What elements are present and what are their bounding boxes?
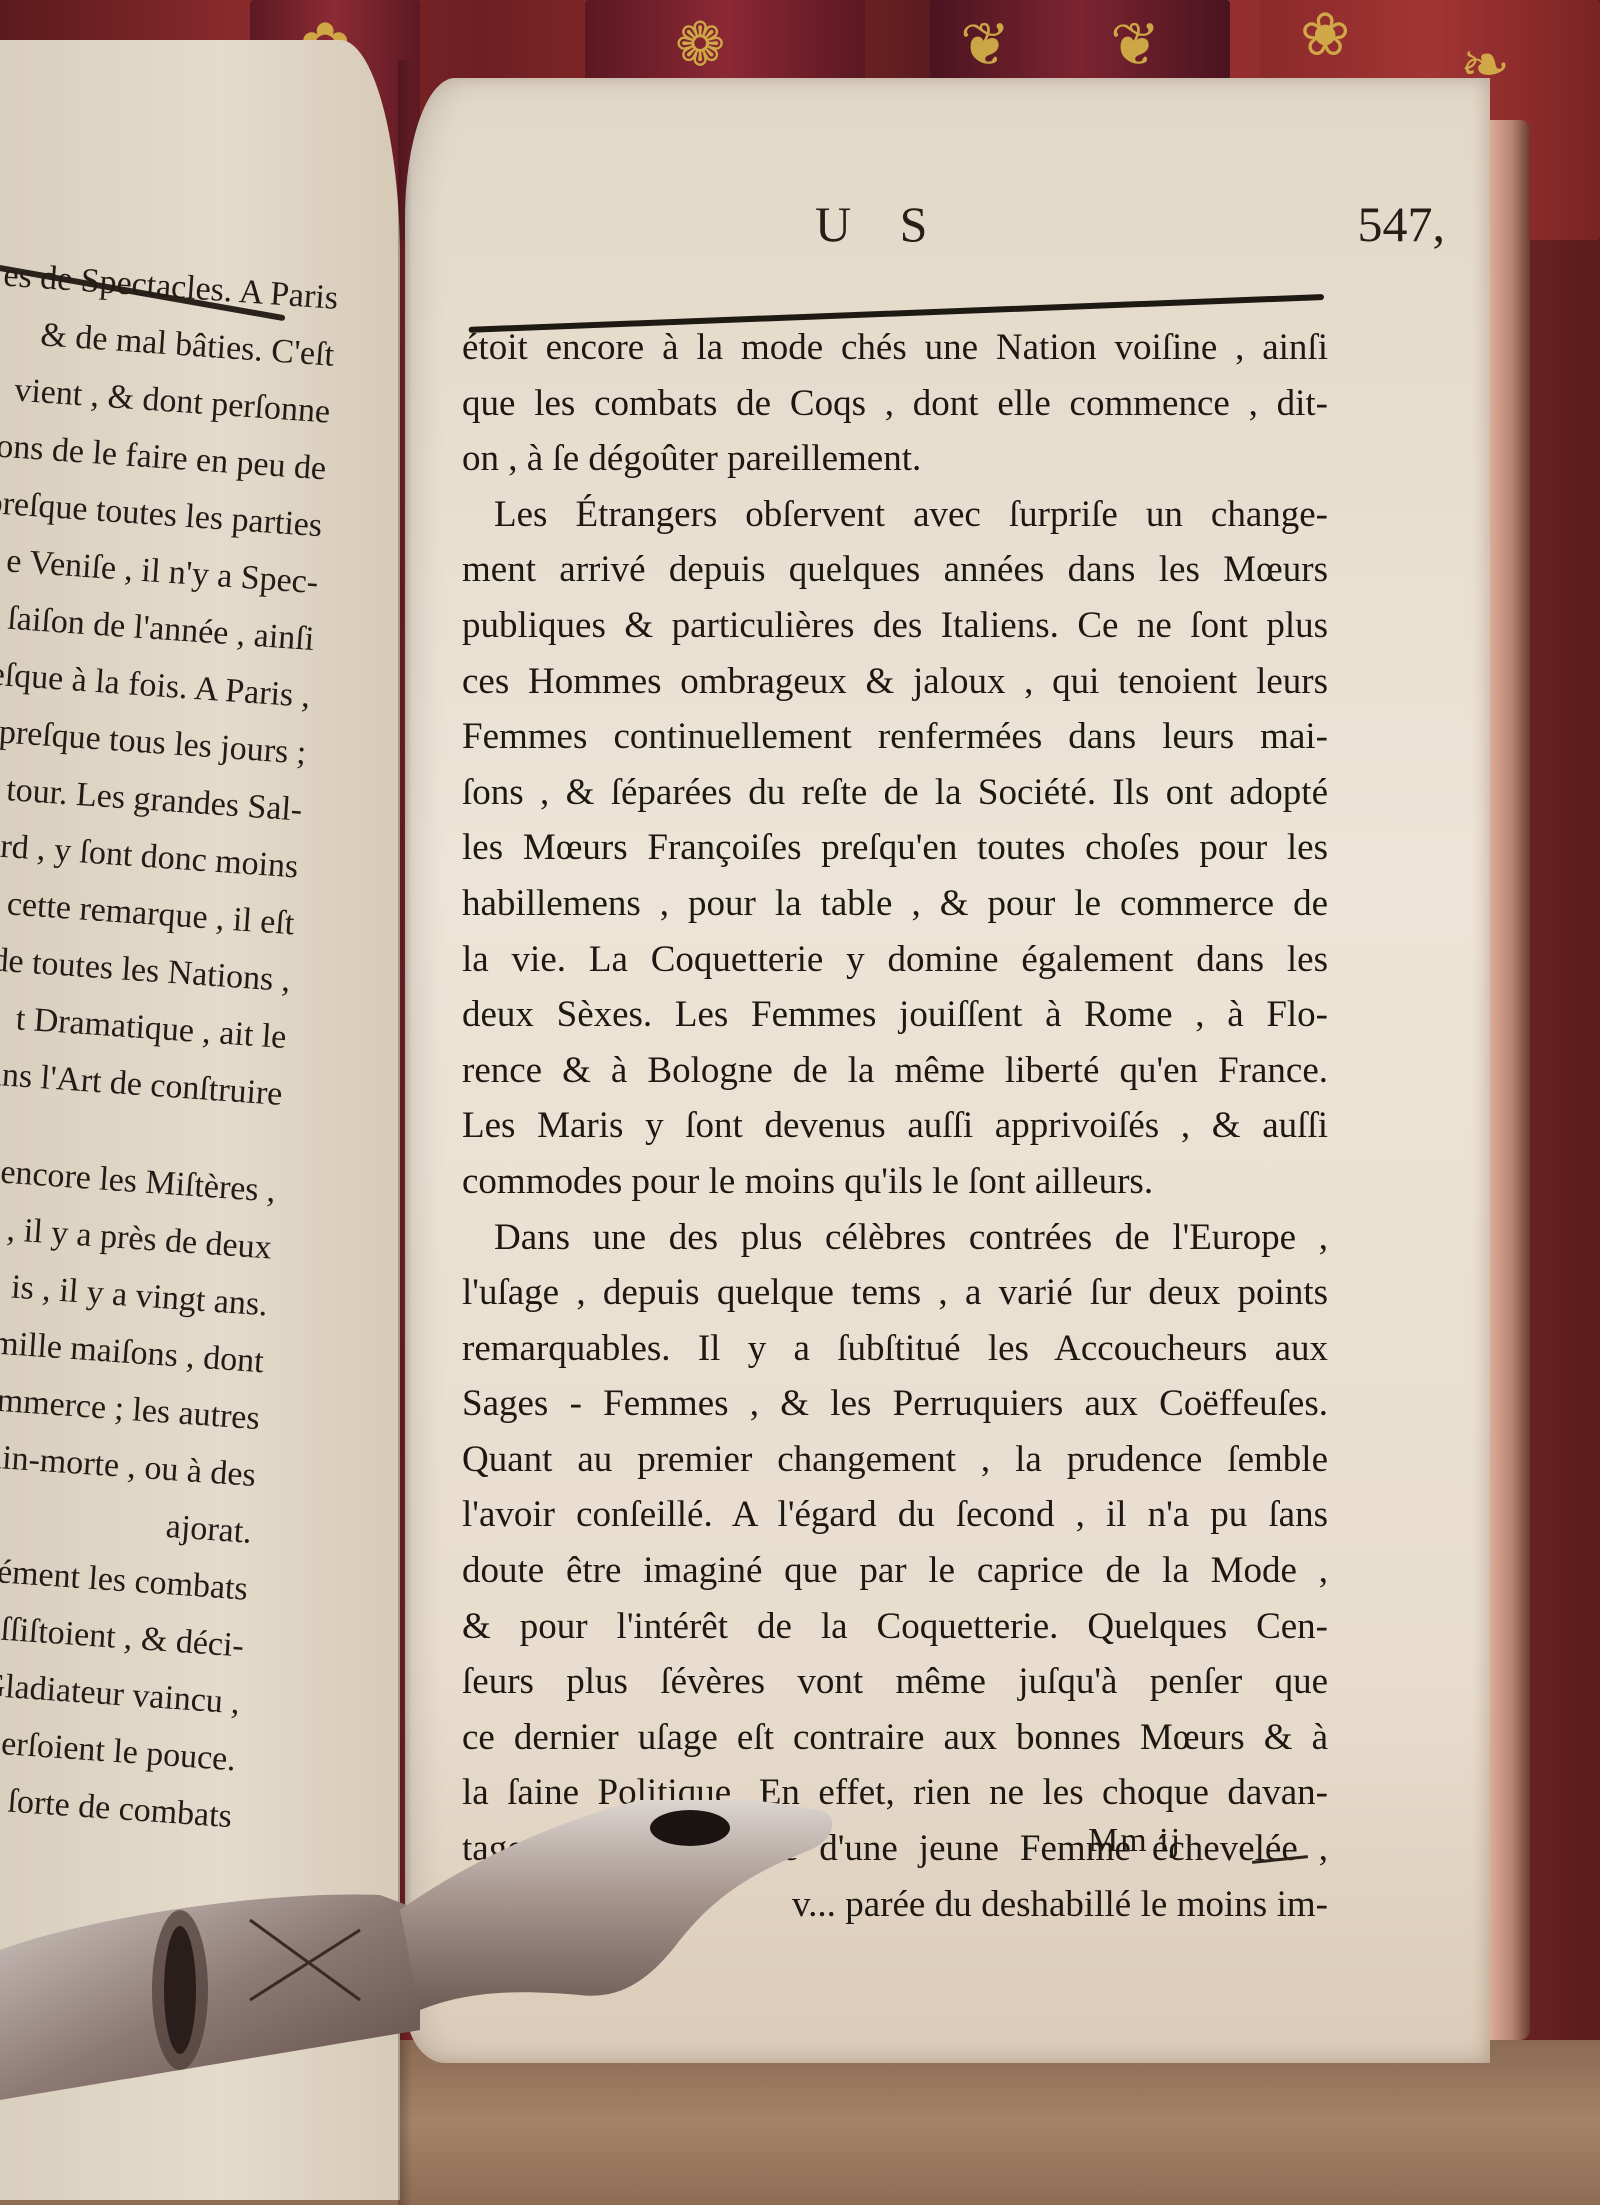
text-line: Les Étrangers obſervent avec ſurpriſe un… — [462, 487, 1328, 543]
text-line: deux Sèxes. Les Femmes jouiſſent à Rome … — [462, 987, 1328, 1043]
text-line: l'uſage , depuis quelque tems , a varié … — [462, 1265, 1328, 1321]
text-line: ce dernier uſage eſt contraire aux bonne… — [462, 1710, 1328, 1766]
text-line: les Mœurs Françoiſes preſqu'en toutes ch… — [462, 820, 1328, 876]
text-line: rence & à Bologne de la même liberté qu'… — [462, 1043, 1328, 1099]
gilt-ornament-icon: ❦ — [1110, 10, 1160, 80]
text-line: ſons , & ſéparées du reſte de la Société… — [462, 765, 1328, 821]
text-line: ſeurs plus ſévères vont même juſqu'à pen… — [462, 1654, 1328, 1710]
running-head: U S 547, — [405, 195, 1445, 255]
text-line: ces Hommes ombrageux & jaloux , qui teno… — [462, 654, 1328, 710]
signature-mark: Mm ij — [1088, 1822, 1182, 1860]
text-line: Quant au premier changement , la prudenc… — [462, 1432, 1328, 1488]
text-line: l'avoir conſeillé. A l'égard du ſecond ,… — [462, 1487, 1328, 1543]
text-line: ment arrivé depuis quelques années dans … — [462, 542, 1328, 598]
text-line: habillemens , pour la table , & pour le … — [462, 876, 1328, 932]
text-line: la vie. La Coquetterie y domine égalemen… — [462, 932, 1328, 988]
left-page-text: es de Spectacles. A Paris & de mal bâtie… — [0, 243, 340, 1845]
running-head-title: U S — [815, 195, 945, 253]
text-line: Femmes continuellement renfermées dans l… — [462, 709, 1328, 765]
text-line: remarquables. Il y a ſubſtitué les Accou… — [462, 1321, 1328, 1377]
text-line: étoit encore à la mode chés une Nation v… — [462, 320, 1328, 376]
text-line: Dans une des plus célèbres contrées de l… — [462, 1210, 1328, 1266]
gilt-ornament-icon: ❁ — [675, 10, 725, 80]
text-line: commodes pour le moins qu'ils le ſont ai… — [462, 1154, 1328, 1210]
text-line: doute être imaginé que par le caprice de… — [462, 1543, 1328, 1599]
silver-hand-pointer-icon[interactable] — [0, 1800, 900, 2120]
right-page-text: étoit encore à la mode chés une Nation v… — [462, 320, 1328, 1932]
gilt-ornament-icon: ❀ — [1300, 0, 1350, 70]
text-line: Sages - Femmes , & les Perruquiers aux C… — [462, 1376, 1328, 1432]
text-line: que les combats de Coqs , dont elle comm… — [462, 376, 1328, 432]
gilt-ornament-icon: ❦ — [960, 10, 1010, 80]
text-line: on , à ſe dégoûter pareillement. — [462, 431, 1328, 487]
text-line: Les Maris y ſont devenus auſſi apprivoiſ… — [462, 1098, 1328, 1154]
text-line: & pour l'intérêt de la Coquetterie. Quel… — [462, 1599, 1328, 1655]
page-number: 547, — [1358, 195, 1446, 253]
text-line: publiques & particulières des Italiens. … — [462, 598, 1328, 654]
